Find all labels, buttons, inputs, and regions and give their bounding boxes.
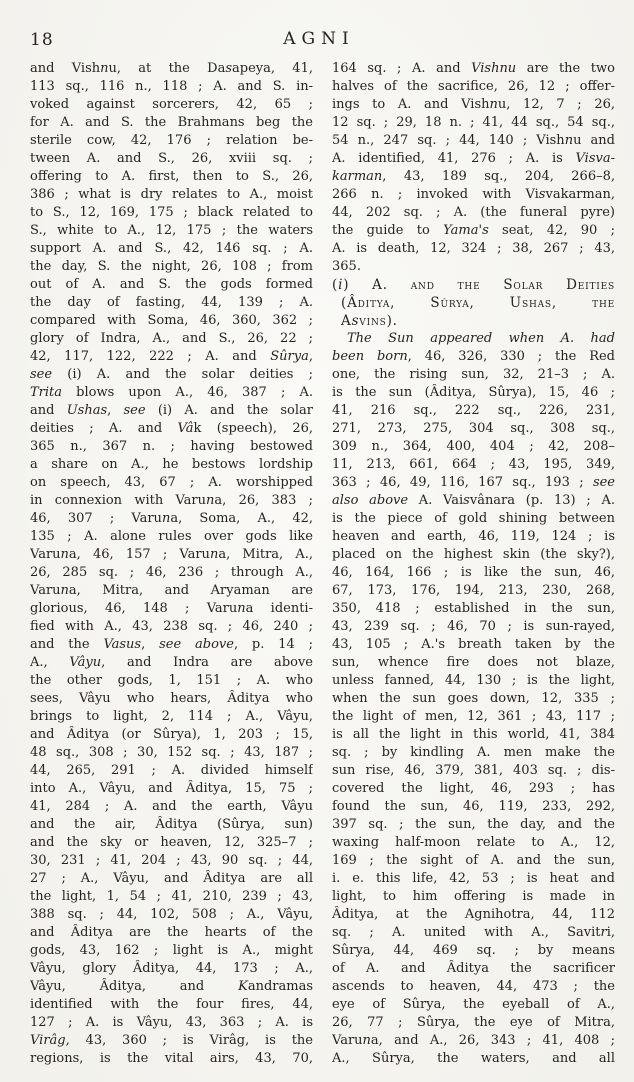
text-line: the other gods, 1, 151 ; A. who bbox=[30, 672, 313, 690]
page-title: AGNI bbox=[28, 28, 610, 49]
text-line: 46, 164, 166 ; is like the sun, 46, bbox=[332, 564, 615, 582]
text-line: 11, 213, 661, 664 ; 43, 195, 349, bbox=[332, 456, 615, 474]
text-line: Vâyu, glory Âditya, 44, 173 ; A., bbox=[30, 960, 313, 978]
text-line: Sûrya, 44, 469 sq. ; by means bbox=[332, 942, 615, 960]
text-line: 48 sq., 308 ; 30, 152 sq. ; 43, 187 ; bbox=[30, 744, 313, 762]
text-line: the light, 1, 54 ; 41, 210, 239 ; 43, bbox=[30, 888, 313, 906]
text-line: compared with Soma, 46, 360, 362 ; bbox=[30, 312, 313, 330]
paragraph: and Vishnu, at the Dasapeya, 41,113 sq.,… bbox=[30, 60, 313, 1068]
text-line: 169 ; the sight of A. and the sun, bbox=[332, 852, 615, 870]
right-column: 164 sq. ; A. and Vishnu are the twohalve… bbox=[332, 60, 615, 1068]
text-line: ings to A. and Vishnu, 12, 7 ; 26, bbox=[332, 96, 615, 114]
text-line: is the piece of gold shining between bbox=[332, 510, 615, 528]
text-line: A. is death, 12, 324 ; 38, 267 ; 43, bbox=[332, 240, 615, 258]
page-number: 18 bbox=[30, 30, 54, 50]
text-line: heaven and earth, 46, 119, 124 ; is bbox=[332, 528, 615, 546]
text-line: in connexion with Varuna, 26, 383 ; bbox=[30, 492, 313, 510]
text-line: 26, 285 sq. ; 46, 236 ; through A., bbox=[30, 564, 313, 582]
text-line: sun, whence fire does not blaze, bbox=[332, 654, 615, 672]
paragraph: 164 sq. ; A. and Vishnu are the twohalve… bbox=[332, 60, 615, 276]
text-line: 271, 273, 275, 304 sq., 308 sq., bbox=[332, 420, 615, 438]
text-line: 43, 105 ; A.'s breath taken by the bbox=[332, 636, 615, 654]
text-line: 388 sq. ; 44, 102, 508 ; A., Vâyu, bbox=[30, 906, 313, 924]
text-line: the light of men, 12, 361 ; 43, 117 ; bbox=[332, 708, 615, 726]
text-line: 127 ; A. is Vâyu, 43, 363 ; A. is bbox=[30, 1014, 313, 1032]
text-line: (Âditya, Sûrya, Ushas, the bbox=[332, 294, 615, 312]
text-line: 44, 265, 291 ; A. divided himself bbox=[30, 762, 313, 780]
text-line: 363 ; 46, 49, 116, 167 sq., 193 ; see bbox=[332, 474, 615, 492]
text-line: 365 n., 367 n. ; having bestowed bbox=[30, 438, 313, 456]
text-line: on speech, 43, 67 ; A. worshipped bbox=[30, 474, 313, 492]
text-line: gods, 43, 162 ; light is A., might bbox=[30, 942, 313, 960]
text-line: Varuna, and A., 26, 343 ; 41, 408 ; bbox=[332, 1032, 615, 1050]
text-line: sun rise, 46, 379, 381, 403 sq. ; dis- bbox=[332, 762, 615, 780]
text-line: voked against sorcerers, 42, 65 ; bbox=[30, 96, 313, 114]
text-line: 44, 202 sq. ; A. (the funeral pyre) bbox=[332, 204, 615, 222]
text-line: Vâyu, Âditya, and Kandramas bbox=[30, 978, 313, 996]
paragraph: The Sun appeared when A. hadbeen born, 4… bbox=[332, 330, 615, 1068]
left-column: and Vishnu, at the Dasapeya, 41,113 sq.,… bbox=[30, 60, 313, 1068]
text-line: 164 sq. ; A. and Vishnu are the two bbox=[332, 60, 615, 78]
text-line: covered the light, 46, 293 ; has bbox=[332, 780, 615, 798]
text-line: Varuna, Mitra, and Aryaman are bbox=[30, 582, 313, 600]
text-line: halves of the sacrifice, 26, 12 ; offer- bbox=[332, 78, 615, 96]
book-page: 18 AGNI and Vishnu, at the Dasapeya, 41,… bbox=[0, 0, 634, 1082]
text-line: brings to light, 2, 114 ; A., Vâyu, bbox=[30, 708, 313, 726]
text-line: 266 n. ; invoked with Visvakarman, bbox=[332, 186, 615, 204]
text-line: sterile cow, 42, 176 ; relation be- bbox=[30, 132, 313, 150]
text-line: also above A. Vaisvânara (p. 13) ; A. bbox=[332, 492, 615, 510]
text-line: 26, 77 ; Sûrya, the eye of Mitra, bbox=[332, 1014, 615, 1032]
text-line: waxing half-moon relate to A., 12, bbox=[332, 834, 615, 852]
text-line: the day, S. the night, 26, 108 ; from bbox=[30, 258, 313, 276]
text-line: and the Vasus, see above, p. 14 ; bbox=[30, 636, 313, 654]
text-line: found the sun, 46, 119, 233, 292, bbox=[332, 798, 615, 816]
text-line: A. identified, 41, 276 ; A. is Visva- bbox=[332, 150, 615, 168]
text-line: 365. bbox=[332, 258, 615, 276]
text-line: (i) A. and the Solar Deities bbox=[332, 276, 615, 294]
text-line: eye of Sûrya, the eyeball of A., bbox=[332, 996, 615, 1014]
text-line: The Sun appeared when A. had bbox=[332, 330, 615, 348]
text-line: into A., Vâyu, and Âditya, 15, 75 ; bbox=[30, 780, 313, 798]
text-line: 54 n., 247 sq. ; 44, 140 ; Vishnu and bbox=[332, 132, 615, 150]
text-line: 135 ; A. alone rules over gods like bbox=[30, 528, 313, 546]
text-line: the day of fasting, 44, 139 ; A. bbox=[30, 294, 313, 312]
text-line: one, the rising sun, 32, 21–3 ; A. bbox=[332, 366, 615, 384]
text-line: and the sky or heaven, 12, 325–7 ; bbox=[30, 834, 313, 852]
text-line: see (i) A. and the solar deities ; bbox=[30, 366, 313, 384]
text-line: light, to him offering is made in bbox=[332, 888, 615, 906]
text-line: sq. ; by kindling A. men make the bbox=[332, 744, 615, 762]
text-line: when the sun goes down, 12, 335 ; bbox=[332, 690, 615, 708]
text-line: identified with the four fires, 44, bbox=[30, 996, 313, 1014]
text-line: 67, 173, 176, 194, 213, 230, 268, bbox=[332, 582, 615, 600]
text-line: deities ; A. and Vâk (speech), 26, bbox=[30, 420, 313, 438]
text-line: 12 sq. ; 29, 18 n. ; 41, 44 sq., 54 sq., bbox=[332, 114, 615, 132]
text-line: Virâg, 43, 360 ; is Virâg, is the bbox=[30, 1032, 313, 1050]
text-line: sees, Vâyu who hears, Âditya who bbox=[30, 690, 313, 708]
text-line: A., Vâyu, and Indra are above bbox=[30, 654, 313, 672]
text-line: tween A. and S., 26, xviii sq. ; bbox=[30, 150, 313, 168]
text-line: been born, 46, 326, 330 ; the Red bbox=[332, 348, 615, 366]
text-line: glorious, 46, 148 ; Varuna identi- bbox=[30, 600, 313, 618]
text-line: 386 ; what is dry relates to A., moist bbox=[30, 186, 313, 204]
text-line: is the sun (Âditya, Sûrya), 15, 46 ; bbox=[332, 384, 615, 402]
text-line: A., Sûrya, the waters, and all bbox=[332, 1050, 615, 1068]
text-line: Varuna, 46, 157 ; Varuna, Mitra, A., bbox=[30, 546, 313, 564]
text-line: 41, 284 ; A. and the earth, Vâyu bbox=[30, 798, 313, 816]
text-line: 27 ; A., Vâyu, and Âditya are all bbox=[30, 870, 313, 888]
text-line: glory of Indra, A., and S., 26, 22 ; bbox=[30, 330, 313, 348]
text-line: regions, is the vital airs, 43, 70, bbox=[30, 1050, 313, 1068]
text-line: support A. and S., 42, 146 sq. ; A. bbox=[30, 240, 313, 258]
text-line: Âditya, at the Agnihotra, 44, 112 bbox=[332, 906, 615, 924]
text-columns: and Vishnu, at the Dasapeya, 41,113 sq.,… bbox=[30, 60, 615, 1068]
text-line: 46, 307 ; Varuna, Soma, A., 42, bbox=[30, 510, 313, 528]
text-line: 42, 117, 122, 222 ; A. and Sûrya, bbox=[30, 348, 313, 366]
text-line: offering to A. first, then to S., 26, bbox=[30, 168, 313, 186]
text-line: 41, 216 sq., 222 sq., 226, 231, bbox=[332, 402, 615, 420]
text-line: out of A. and S. the gods formed bbox=[30, 276, 313, 294]
text-line: 113 sq., 116 n., 118 ; A. and S. in- bbox=[30, 78, 313, 96]
text-line: to S., 12, 169, 175 ; black related to bbox=[30, 204, 313, 222]
text-line: and Ushas, see (i) A. and the solar bbox=[30, 402, 313, 420]
text-line: fied with A., 43, 238 sq. ; 46, 240 ; bbox=[30, 618, 313, 636]
text-line: i. e. this life, 42, 53 ; is heat and bbox=[332, 870, 615, 888]
text-line: karman, 43, 189 sq., 204, 266–8, bbox=[332, 168, 615, 186]
text-line: 30, 231 ; 41, 204 ; 43, 90 sq. ; 44, bbox=[30, 852, 313, 870]
text-line: S., white to A., 12, 175 ; the waters bbox=[30, 222, 313, 240]
text-line: a share on A., he bestows lordship bbox=[30, 456, 313, 474]
text-line: and Âditya (or Sûrya), 1, 203 ; 15, bbox=[30, 726, 313, 744]
text-line: and Âditya are the hearts of the bbox=[30, 924, 313, 942]
text-line: is all the light in this world, 41, 384 bbox=[332, 726, 615, 744]
text-line: placed on the highest skin (the sky?), bbox=[332, 546, 615, 564]
text-line: 43, 239 sq. ; 46, 70 ; is sun-rayed, bbox=[332, 618, 615, 636]
text-line: of A. and Âditya the sacrificer bbox=[332, 960, 615, 978]
text-line: 309 n., 364, 400, 404 ; 42, 208– bbox=[332, 438, 615, 456]
text-line: for A. and S. the Brahmans beg the bbox=[30, 114, 313, 132]
text-line: and Vishnu, at the Dasapeya, 41, bbox=[30, 60, 313, 78]
text-line: sq. ; A. united with A., Savitri, bbox=[332, 924, 615, 942]
text-line: the guide to Yama's seat, 42, 90 ; bbox=[332, 222, 615, 240]
text-line: 350, 418 ; established in the sun, bbox=[332, 600, 615, 618]
page-header: 18 AGNI bbox=[28, 28, 610, 52]
text-line: and the air, Âditya (Sûrya, sun) bbox=[30, 816, 313, 834]
section-heading: (i) A. and the Solar Deities(Âditya, Sûr… bbox=[332, 276, 615, 330]
text-line: ascends to heaven, 44, 473 ; the bbox=[332, 978, 615, 996]
text-line: Asvins). bbox=[332, 312, 615, 330]
text-line: 397 sq. ; the sun, the day, and the bbox=[332, 816, 615, 834]
text-line: unless fanned, 44, 130 ; is the light, bbox=[332, 672, 615, 690]
text-line: Trita blows upon A., 46, 387 ; A. bbox=[30, 384, 313, 402]
